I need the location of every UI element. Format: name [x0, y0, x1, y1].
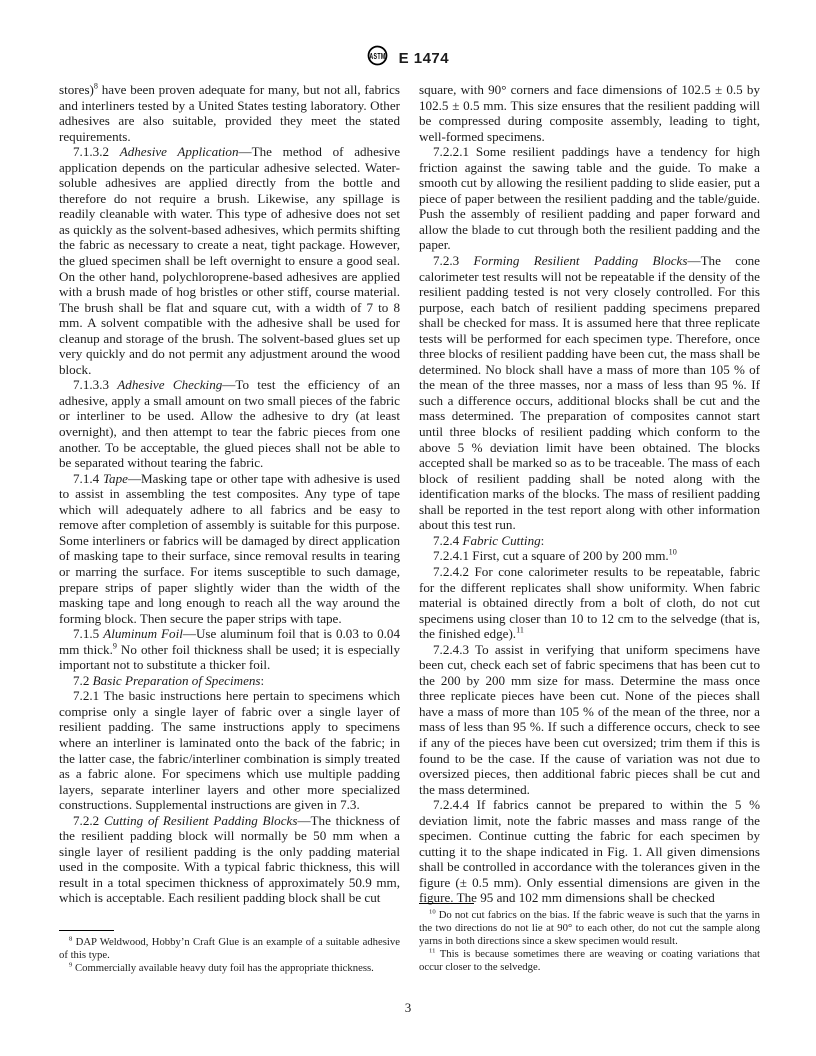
footnote-list-right: 10 Do not cut fabrics on the bias. If th…: [419, 909, 760, 974]
footnote-ref: 8: [94, 82, 98, 91]
italic-term: Basic Preparation of Specimens: [93, 673, 261, 688]
footnote-number: 10: [429, 908, 436, 915]
paragraph: 7.1.4 Tape—Masking tape or other tape wi…: [59, 471, 400, 626]
paragraph: 7.1.5 Aluminum Foil—Use aluminum foil th…: [59, 626, 400, 673]
document-page: ASTM E 1474 stores)8 have been proven ad…: [0, 0, 816, 1056]
footnotes-left: 8 DAP Weldwood, Hobby’n Craft Glue is an…: [59, 930, 400, 975]
paragraph: 7.2 Basic Preparation of Specimens:: [59, 673, 400, 689]
italic-term: Adhesive Application: [120, 144, 239, 159]
paragraph: 7.1.3.2 Adhesive Application—The method …: [59, 144, 400, 377]
paragraph: 7.2.1 The basic instructions here pertai…: [59, 688, 400, 812]
footnote: 10 Do not cut fabrics on the bias. If th…: [419, 909, 760, 948]
footnote-ref: 11: [516, 626, 524, 635]
document-code: E 1474: [399, 50, 450, 67]
svg-text:ASTM: ASTM: [369, 52, 385, 61]
page-number: 3: [0, 1000, 816, 1016]
body-column-left: stores)8 have been proven adequate for m…: [59, 82, 400, 906]
italic-term: Aluminum Foil: [103, 626, 183, 641]
footnote-divider: [419, 903, 474, 904]
paragraph: stores)8 have been proven adequate for m…: [59, 82, 400, 144]
italic-term: Tape: [103, 471, 128, 486]
footnote: 11 This is because sometimes there are w…: [419, 948, 760, 974]
italic-term: Fabric Cutting: [462, 533, 540, 548]
paragraph: 7.2.4.4 If fabrics cannot be prepared to…: [419, 797, 760, 906]
footnote-number: 11: [429, 948, 435, 955]
footnote: 8 DAP Weldwood, Hobby’n Craft Glue is an…: [59, 936, 400, 962]
italic-term: Cutting of Resilient Padding Blocks: [104, 813, 298, 828]
paragraph: 7.2.4 Fabric Cutting:: [419, 533, 760, 549]
footnote-divider: [59, 930, 114, 931]
paragraph: 7.2.4.1 First, cut a square of 200 by 20…: [419, 548, 760, 564]
footnotes-right: 10 Do not cut fabrics on the bias. If th…: [419, 903, 760, 974]
footnote: 9 Commercially available heavy duty foil…: [59, 962, 400, 975]
paragraph: 7.2.3 Forming Resilient Padding Blocks—T…: [419, 253, 760, 533]
footnote-ref: 9: [113, 641, 117, 650]
body-column-right: square, with 90° corners and face dimens…: [419, 82, 760, 906]
paragraph: 7.2.4.3 To assist in verifying that unif…: [419, 642, 760, 797]
footnote-list-left: 8 DAP Weldwood, Hobby’n Craft Glue is an…: [59, 936, 400, 975]
paragraph: 7.1.3.3 Adhesive Checking—To test the ef…: [59, 377, 400, 470]
italic-term: Forming Resilient Padding Blocks: [474, 253, 688, 268]
footnote-number: 8: [69, 935, 72, 942]
astm-logo-icon: ASTM: [367, 45, 388, 70]
italic-term: Adhesive Checking: [117, 377, 222, 392]
footnote-ref: 10: [669, 548, 677, 557]
footnote-number: 9: [69, 962, 72, 969]
paragraph: square, with 90° corners and face dimens…: [419, 82, 760, 144]
page-header: ASTM E 1474: [0, 46, 816, 71]
paragraph: 7.2.2.1 Some resilient paddings have a t…: [419, 144, 760, 253]
paragraph: 7.2.2 Cutting of Resilient Padding Block…: [59, 813, 400, 906]
paragraph: 7.2.4.2 For cone calorimeter results to …: [419, 564, 760, 642]
